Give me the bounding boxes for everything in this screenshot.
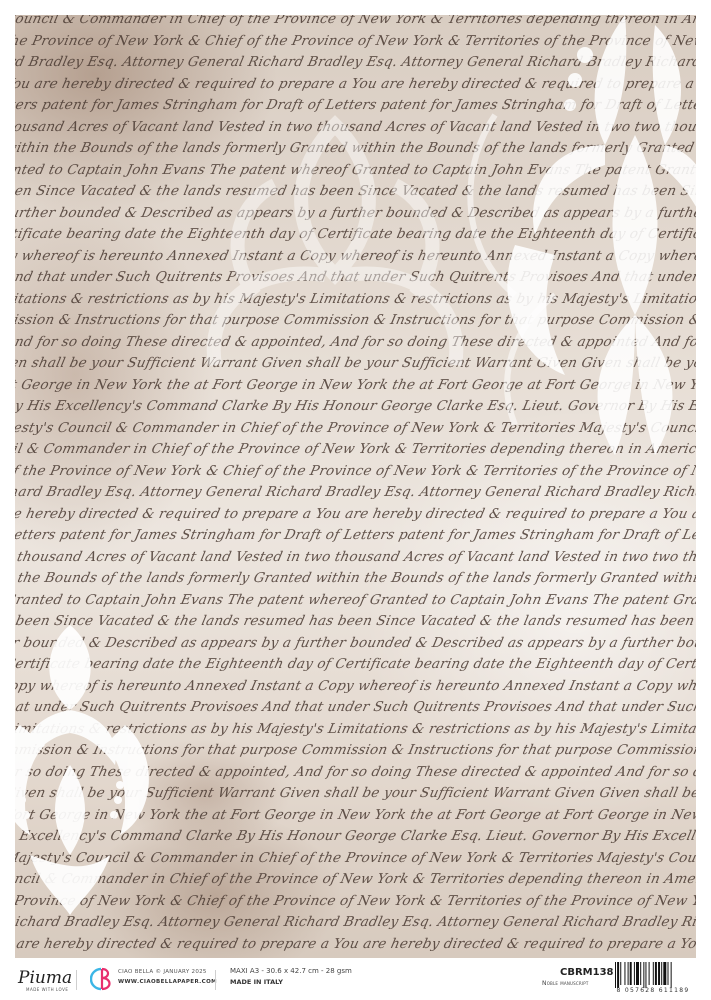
website-link[interactable]: WWW.CIAOBELLAPAPER.COM — [118, 979, 217, 985]
copyright-text: CIAO BELLA © JANUARY 2025 — [118, 969, 207, 975]
ciao-bella-logo-icon — [90, 966, 114, 992]
product-code: CBRM138 — [560, 967, 614, 978]
paper-size: MAXI A3 - 30.6 x 42.7 cm - 28 gsm — [230, 967, 352, 975]
product-footer: Piuma MADE WITH LOVE CIAO BELLA © JANUAR… — [0, 958, 711, 1000]
product-name: Noble manuscript — [542, 980, 589, 987]
barcode-icon — [613, 962, 693, 988]
barcode-number: 8 057628 611189 — [613, 987, 693, 994]
piuma-logo-sub: MADE WITH LOVE — [26, 987, 68, 992]
divider — [215, 970, 216, 990]
damask-ornament-bottom-left-icon — [15, 615, 170, 935]
rice-paper-design: Council & Commander in Chief of the Prov… — [15, 15, 696, 958]
manuscript-line: You are hereby directed & required to pr… — [15, 936, 696, 952]
manuscript-line: Granted to Captain John Evans The patent… — [15, 592, 696, 608]
origin-label: MADE IN ITALY — [230, 978, 283, 986]
damask-ornament-center-faded-icon — [175, 105, 495, 405]
piuma-logo: Piuma — [18, 968, 72, 988]
manuscript-line: two thousand Acres of Vacant land Vested… — [15, 549, 696, 565]
manuscript-line: within the Bounds of the lands formerly … — [15, 570, 696, 586]
manuscript-line: Letters patent for James Stringham for D… — [15, 527, 696, 543]
divider — [76, 970, 77, 990]
manuscript-line: You are hereby directed & required to pr… — [15, 506, 696, 522]
manuscript-line: Richard Bradley Esq. Attorney General Ri… — [15, 484, 696, 500]
